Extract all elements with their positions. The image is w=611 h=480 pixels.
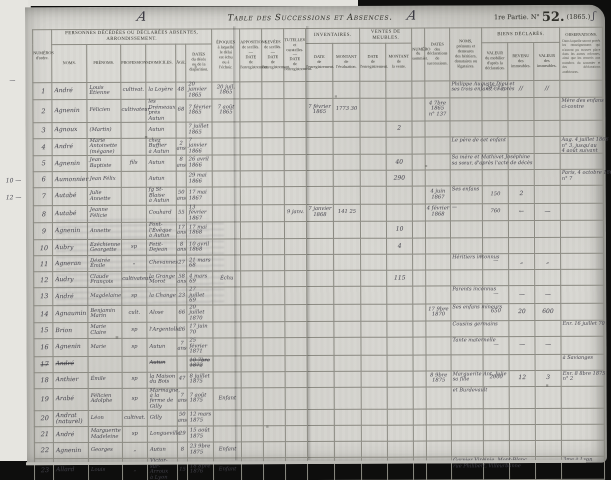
cell-dom: les Drémeaux près Autun	[146, 99, 176, 122]
cell-obs: Enr. 16 juillet 70	[561, 320, 604, 336]
cell-dat: 8 juillet 1875	[187, 371, 213, 387]
cell-ivm	[334, 287, 361, 304]
col-header-inv-montant: MONTANT de l'évaluation.	[333, 43, 360, 81]
cell-ivm: 1773 30	[333, 99, 360, 122]
cell-pre: Marie Claire	[88, 323, 122, 339]
cell-nom: André	[52, 82, 87, 100]
cell-dec	[426, 441, 451, 457]
cell-vtm	[387, 425, 413, 441]
cell-lev	[263, 355, 285, 371]
cell-her	[451, 425, 483, 441]
col-header-levees: LEVÉES de scellés. — DATE de l'enregistr…	[262, 29, 284, 82]
cell-vtm: 10	[387, 221, 413, 238]
cell-obs: Enr. 8 8bre 1875 n° 2	[561, 370, 604, 386]
cell-pro: cultivateur	[121, 99, 146, 122]
cell-vtd	[361, 337, 387, 354]
cell-pre: Marie Antoinette (mégane)	[87, 138, 121, 156]
cell-vtm	[387, 355, 413, 371]
cell-dom: chez Buffier à Autun	[146, 138, 176, 155]
cell-imm: „	[535, 254, 561, 270]
col-header-tutelles: TUTELLES et curatelles. — DATE de l'enre…	[284, 29, 306, 82]
cell-pre: Georges	[88, 443, 122, 459]
cell-imm: //	[534, 80, 560, 97]
cell-dec: 17 9bre 1870	[426, 304, 451, 321]
cell-dat: 7 janvier 1866	[186, 138, 212, 155]
cell-app	[241, 222, 263, 239]
cell-imm	[534, 170, 560, 186]
cell-vtm	[387, 255, 413, 271]
cell-pre: Félicien	[87, 100, 121, 123]
cell-ivd	[307, 287, 334, 304]
cell-no: 16	[34, 339, 53, 356]
cell-dom: Autun	[146, 156, 176, 172]
cell-dec	[426, 337, 451, 354]
cell-ivm	[334, 321, 361, 337]
cell-imm	[534, 120, 560, 136]
page-title: Table des Successions et Absences.	[210, 13, 410, 24]
cell-her: Ses enfans mineurs	[451, 304, 483, 321]
cell-vtm	[387, 321, 413, 337]
cell-obs	[561, 303, 604, 321]
cell-obs: à Savianges	[561, 354, 604, 370]
cell-no: 17	[34, 356, 53, 372]
cell-ivm	[334, 239, 361, 255]
cell-imm	[535, 238, 561, 254]
cell-vtd	[361, 255, 387, 271]
group-header-biens: BIENS DÉCLARÉS.	[482, 27, 560, 42]
cell-imm	[535, 354, 561, 370]
cell-dat: 7 février 1865	[186, 99, 212, 122]
handwritten-page-mark: ʃ	[592, 11, 595, 22]
cell-imm	[535, 386, 561, 409]
cell-app	[240, 187, 262, 204]
cell-obs	[561, 425, 604, 441]
cell-mob	[482, 121, 508, 137]
cell-dec	[426, 286, 451, 303]
cell-app	[240, 138, 262, 155]
cell-rev	[509, 270, 535, 286]
group-header-personnes: PERSONNES DÉCÉDÉES OU DÉCLARÉES ABSENTES…	[52, 29, 212, 44]
cell-pre: Julie Annette	[87, 188, 121, 206]
cell-dec: 4 7bre 1865 n° 137	[425, 98, 450, 121]
col-header-age: ÂGE.	[176, 44, 186, 82]
cell-mob	[483, 441, 509, 457]
col-header-domiciles: DOMICILES.	[146, 44, 176, 82]
cell-obs	[560, 186, 603, 204]
cell-pre: (Martin)	[87, 122, 121, 138]
cell-dec	[425, 137, 450, 154]
cell-vtm	[386, 98, 412, 121]
cell-no: 22	[34, 443, 53, 459]
cell-ivm	[333, 187, 360, 204]
cell-imm	[535, 441, 561, 457]
cell-som	[413, 425, 426, 441]
cell-vtm	[387, 337, 413, 354]
cell-dec	[425, 81, 450, 98]
cell-lev	[263, 222, 285, 239]
cell-rev	[509, 386, 535, 409]
cell-ivm	[333, 155, 360, 171]
cell-her	[451, 409, 483, 425]
cell-ivd	[307, 322, 334, 338]
cell-age: 2 ans	[176, 138, 186, 155]
cell-tut	[284, 155, 306, 171]
cell-mob	[483, 221, 509, 238]
cell-vtd	[361, 410, 387, 426]
cell-rev	[509, 409, 535, 425]
cell-rev	[508, 98, 534, 121]
cell-imm	[534, 136, 560, 153]
cell-ivm	[334, 426, 361, 442]
cell-age: 47	[177, 372, 187, 388]
cell-dat: 25 février 1871	[187, 338, 213, 355]
cell-rev	[509, 321, 535, 337]
cell-rev	[509, 441, 535, 457]
cell-dec	[426, 354, 451, 370]
cell-vtd	[360, 121, 386, 137]
cell-rev: „	[509, 254, 535, 270]
cell-tut	[284, 122, 306, 138]
cell-som	[412, 137, 425, 154]
cell-her	[450, 170, 482, 186]
cell-som	[412, 154, 425, 170]
folio-year: (1865.)	[567, 13, 591, 21]
cell-app	[240, 99, 262, 122]
cell-dat: 17 juin 70	[187, 322, 213, 338]
section-letter-annotation-right: A	[405, 9, 418, 24]
partie-label: 1re Partie. N°	[494, 13, 540, 21]
cell-age: 7 ans	[177, 338, 187, 355]
cell-ivd	[306, 81, 333, 98]
cell-pre: Jean Félix	[87, 172, 121, 188]
cell-ivd	[307, 426, 334, 442]
cell-age: 8	[177, 442, 187, 458]
cell-tut	[285, 239, 307, 255]
register-page: A Table des Successions et Absences. A 1…	[25, 5, 607, 466]
cell-age	[177, 356, 187, 372]
cell-pro: cultivat.	[121, 82, 146, 99]
cell-vtd	[361, 371, 387, 387]
cell-age: 26	[177, 322, 187, 338]
col-header-inv-date: DATE de l'enregistrement.	[306, 43, 333, 81]
cell-rev: 12	[509, 370, 535, 386]
cell-lev	[263, 442, 285, 458]
cell-app	[240, 122, 262, 138]
cell-her	[451, 238, 483, 254]
cell-dom: la Loyère	[146, 82, 176, 99]
cell-dom: l'Argentolle	[147, 322, 177, 338]
scanned-register-photo: A Table des Successions et Absences. A 1…	[0, 0, 611, 480]
cell-vtm	[386, 186, 412, 203]
cell-som	[412, 121, 425, 137]
cell-mob: 150	[482, 186, 508, 203]
cell-dat: 23 9bre 1875	[187, 442, 213, 458]
cell-vtd	[361, 239, 387, 255]
cell-lev	[263, 387, 285, 410]
cell-lev	[262, 187, 284, 204]
cell-tut	[285, 322, 307, 338]
cell-pro: sp	[122, 322, 147, 338]
cell-pro: fils	[121, 156, 146, 172]
cell-obs	[561, 238, 604, 254]
cell-rev: ←	[508, 203, 534, 220]
cell-som	[413, 270, 426, 286]
cell-vtm	[387, 441, 413, 457]
cell-nom: André	[53, 427, 88, 443]
cell-ivd	[307, 338, 334, 355]
cell-nom: Agnoux	[52, 123, 87, 139]
cell-vtd	[360, 155, 386, 171]
cell-vtd	[361, 387, 387, 410]
col-header-revenu-immeubles: REVENU des immeubles.	[508, 42, 534, 80]
cell-nom: Agnenin	[52, 100, 87, 123]
cell-ivm	[334, 255, 361, 271]
cell-app	[240, 155, 262, 171]
cell-rev: —	[509, 337, 535, 354]
cell-ivd	[307, 355, 334, 371]
col-header-professions: PROFESSIONS.	[121, 44, 146, 82]
cell-vtd	[361, 355, 387, 371]
cell-tut: 9 janv.	[284, 204, 306, 221]
cell-obs	[561, 336, 604, 354]
cell-ivm	[334, 355, 361, 371]
cell-her	[450, 98, 482, 121]
cell-ivd: 7 janvier 1868	[306, 204, 333, 221]
cell-pre: Félicien Adolphe	[88, 388, 122, 411]
cell-app	[241, 355, 263, 371]
col-header-appositions: APPOSITIONS de scellés. — DATE de l'enre…	[240, 29, 262, 82]
cell-no: 2	[33, 100, 52, 123]
cell-mob	[483, 270, 509, 286]
cell-imm: —	[535, 286, 561, 303]
cell-dec	[426, 386, 451, 409]
cell-rev: —	[509, 286, 535, 303]
cell-vtm: 2	[386, 121, 412, 137]
cell-dec	[426, 270, 451, 286]
cell-tut	[284, 81, 306, 98]
cell-ivm	[334, 337, 361, 354]
col-header-vente-date: DATE de l'enregistrement.	[360, 43, 386, 81]
cell-app	[240, 82, 262, 99]
cell-vtd	[361, 442, 387, 458]
cell-obs	[560, 80, 603, 98]
cell-no: 1	[33, 83, 52, 100]
cell-age: 8 ans	[176, 155, 186, 171]
cell-imm	[534, 154, 560, 170]
cell-dec	[426, 238, 451, 254]
cell-lev	[263, 271, 285, 287]
cell-dat: 15 août 1875	[187, 426, 213, 442]
col-header-valeur-immeubles: VALEUR des immeubles.	[534, 42, 560, 80]
cell-dec	[426, 221, 451, 238]
cell-vtm: 290	[386, 170, 412, 186]
cell-vtm	[387, 387, 413, 410]
cell-obs	[560, 203, 603, 221]
cell-lev	[262, 138, 284, 155]
cell-app	[241, 239, 263, 255]
cell-her	[451, 270, 483, 286]
cell-no: 8	[33, 205, 52, 222]
cell-dec: 4 juin 1867	[425, 186, 450, 203]
table-header: NUMÉROS d'ordre. PERSONNES DÉCÉDÉES OU D…	[33, 27, 603, 82]
observations-note: Dans laquelle seront portés les renseign…	[560, 38, 602, 75]
cell-lev	[263, 371, 285, 387]
cell-app	[241, 426, 263, 442]
cell-som	[413, 337, 426, 354]
cell-tut	[285, 255, 307, 271]
cell-pre: Léon	[88, 411, 122, 427]
cell-imm	[535, 221, 561, 238]
cell-her	[451, 441, 483, 457]
cell-rev	[509, 425, 535, 441]
cell-lev	[262, 122, 284, 138]
section-letter-annotation-left: A	[135, 10, 148, 25]
cell-app	[241, 338, 263, 355]
cell-ivm	[333, 121, 360, 137]
col-header-numero: NUMÉROS d'ordre.	[33, 30, 52, 83]
cell-obs: Mère des enfans ci-contre	[560, 97, 603, 120]
cell-imm: —	[534, 203, 560, 220]
cell-obs	[560, 154, 603, 170]
cell-tut	[285, 271, 307, 287]
cell-no: 19	[34, 388, 53, 411]
cell-mob: 760	[482, 203, 508, 220]
cell-no: 6	[33, 172, 52, 188]
cell-mob	[483, 409, 509, 425]
cell-som	[413, 254, 426, 270]
cell-tut	[285, 387, 307, 410]
cell-som	[413, 221, 426, 238]
cell-her: Parents inconnus	[451, 286, 483, 303]
cell-nom: Aumonnier	[52, 172, 87, 188]
cell-dec	[425, 170, 450, 186]
cell-lev	[262, 81, 284, 98]
table-row: 2AgneninFéliciencultivateurles Drémeaux …	[33, 97, 603, 122]
cell-ivd	[307, 371, 334, 387]
cell-age: 50 ans	[177, 410, 187, 426]
cell-app	[241, 271, 263, 287]
cell-nom: Agnenin	[52, 156, 87, 172]
cell-vtm: 40	[386, 154, 412, 170]
cell-her: et Burdevault	[451, 386, 483, 409]
cell-age: 66	[177, 305, 187, 322]
cell-app	[241, 442, 263, 458]
cell-lev	[263, 322, 285, 338]
cell-dat: 12 mars 1875	[187, 410, 213, 426]
cell-vtd	[360, 137, 386, 154]
cell-ivd	[307, 442, 334, 458]
cell-som	[412, 81, 425, 98]
cell-vtm	[386, 81, 412, 98]
cell-som	[413, 409, 426, 425]
cell-pro: sp	[122, 372, 147, 388]
scan-noise	[25, 7, 26, 8]
cell-her	[451, 354, 483, 370]
cell-no: 15	[34, 323, 53, 339]
cell-vtd	[361, 271, 387, 287]
cell-dat: 29 mai 1866	[186, 171, 212, 187]
cell-lev	[263, 426, 285, 442]
cell-pro: sp	[122, 388, 147, 411]
cell-rev: 20	[509, 303, 535, 320]
cell-pro: cult.	[122, 305, 147, 322]
cell-pro	[121, 122, 146, 138]
margin-note: —	[9, 77, 15, 84]
cell-tut	[284, 187, 306, 204]
cell-vtd	[360, 171, 386, 187]
cell-obs	[561, 220, 604, 238]
cell-imm: 600	[535, 303, 561, 320]
cell-obs: Aug. 4 juillet 1866 n° 3, jusqu'au 4 aoû…	[560, 136, 603, 154]
cell-app	[240, 204, 262, 221]
cell-tut	[285, 338, 307, 355]
cell-vtd	[361, 321, 387, 337]
cell-her	[450, 121, 482, 137]
cell-ivm	[333, 81, 360, 98]
cell-lev	[263, 304, 285, 321]
cell-imm	[535, 270, 561, 286]
cell-pro: sp	[122, 338, 147, 355]
cell-lev	[263, 255, 285, 271]
cell-dec: 8 9bre 1875	[426, 370, 451, 386]
cell-age: 50 ans	[176, 187, 186, 204]
cell-vtd	[360, 204, 386, 221]
cell-ivd	[306, 155, 333, 171]
cell-ivm	[334, 387, 361, 410]
cell-dom: Autun	[146, 122, 176, 138]
cell-dat: 20 janvier 1865	[186, 82, 212, 99]
cell-dat: 26 avril 1866	[186, 155, 212, 171]
cell-som	[413, 286, 426, 303]
cell-dec: 4 février 1868	[425, 204, 450, 221]
cell-dom: Autun	[147, 442, 177, 458]
cell-no: 3	[33, 123, 52, 139]
cell-rev	[509, 221, 535, 238]
cell-ivm	[334, 221, 361, 238]
cell-nom: Agnenin	[53, 443, 88, 459]
cell-app	[241, 387, 263, 410]
cell-obs: Paris, 4 octobre 1866 n° 7	[560, 170, 603, 186]
cell-lev	[263, 239, 285, 255]
cell-no: 10	[34, 240, 53, 256]
cell-vtm: 115	[387, 271, 413, 287]
cell-tut	[285, 426, 307, 442]
cell-vtd	[361, 304, 387, 321]
cell-no: 5	[33, 156, 52, 172]
cell-vtm	[387, 409, 413, 425]
cell-ivm	[333, 137, 360, 154]
cell-vtd	[360, 81, 386, 98]
cell-ivd	[307, 239, 334, 255]
cell-som	[413, 387, 426, 410]
cell-pro	[121, 188, 146, 205]
cell-dat: 20 juillet 1870	[187, 305, 213, 322]
cell-rev	[508, 137, 534, 154]
cell-nom: Arabé	[53, 388, 88, 411]
cell-ivd	[306, 121, 333, 137]
cell-lev	[263, 410, 285, 426]
cell-dat: 7 juillet 1865	[186, 122, 212, 138]
cell-pro	[122, 356, 147, 372]
cell-her: Héritiers inconnus	[451, 254, 483, 270]
cell-rev	[509, 354, 535, 370]
col-header-declarations: DATES des déclarations de successions.	[425, 28, 450, 81]
cell-rev	[508, 121, 534, 137]
cell-lev	[263, 287, 285, 304]
cell-her: Le père de cet enfant	[450, 137, 482, 154]
cell-app	[241, 322, 263, 338]
cell-dec	[426, 409, 451, 425]
